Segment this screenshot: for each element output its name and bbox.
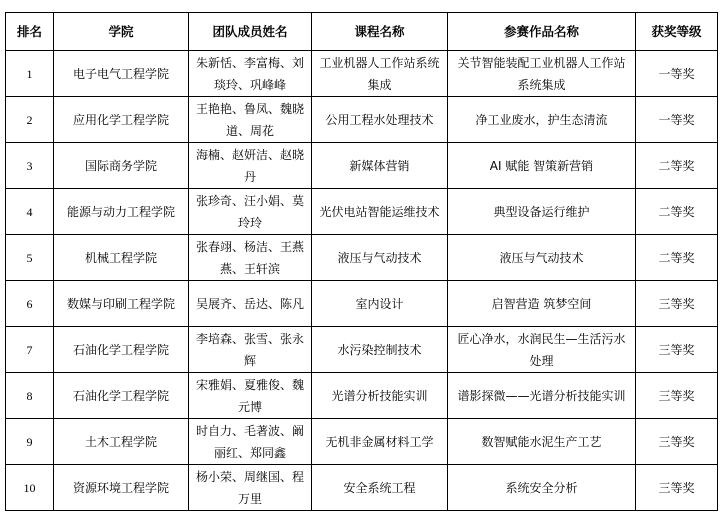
- header-rank: 排名: [6, 13, 54, 51]
- rank-cell: 8: [6, 373, 54, 419]
- header-work: 参赛作品名称: [448, 13, 636, 51]
- header-award: 获奖等级: [636, 13, 718, 51]
- award-cell: 一等奖: [636, 97, 718, 143]
- header-college: 学院: [54, 13, 189, 51]
- members-cell: 张珍奇、汪小娟、莫玲玲: [189, 189, 312, 235]
- table-row: 7 石油化学工程学院 李培森、张雪、张永辉 水污染控制技术 匠心净水，水润民生—…: [6, 327, 718, 373]
- table-row: 1 电子电气工程学院 朱新恬、李富梅、刘琰玲、巩峰峰 工业机器人工作站系统集成 …: [6, 51, 718, 97]
- table-row: 4 能源与动力工程学院 张珍奇、汪小娟、莫玲玲 光伏电站智能运维技术 典型设备运…: [6, 189, 718, 235]
- rank-cell: 3: [6, 143, 54, 189]
- rank-cell: 5: [6, 235, 54, 281]
- college-cell: 资源环境工程学院: [54, 465, 189, 511]
- work-cell: 净工业废水，护生态清流: [448, 97, 636, 143]
- college-cell: 国际商务学院: [54, 143, 189, 189]
- work-cell: AI 赋能 智策新营销: [448, 143, 636, 189]
- rank-cell: 2: [6, 97, 54, 143]
- table-row: 3 国际商务学院 海楠、赵妍洁、赵晓丹 新媒体营销 AI 赋能 智策新营销 二等…: [6, 143, 718, 189]
- award-cell: 二等奖: [636, 143, 718, 189]
- members-cell: 海楠、赵妍洁、赵晓丹: [189, 143, 312, 189]
- award-cell: 三等奖: [636, 327, 718, 373]
- header-members: 团队成员姓名: [189, 13, 312, 51]
- work-cell: 系统安全分析: [448, 465, 636, 511]
- course-cell: 公用工程水处理技术: [312, 97, 448, 143]
- table-row: 10 资源环境工程学院 杨小荣、周继国、程万里 安全系统工程 系统安全分析 三等…: [6, 465, 718, 511]
- college-cell: 土木工程学院: [54, 419, 189, 465]
- course-cell: 无机非金属材料工学: [312, 419, 448, 465]
- course-cell: 液压与气动技术: [312, 235, 448, 281]
- rank-cell: 7: [6, 327, 54, 373]
- table-row: 6 数媒与印刷工程学院 吴展齐、岳达、陈凡 室内设计 启智营造 筑梦空间 三等奖: [6, 281, 718, 327]
- members-cell: 宋雅娟、夏雅俊、魏元博: [189, 373, 312, 419]
- header-course: 课程名称: [312, 13, 448, 51]
- header-row: 排名 学院 团队成员姓名 课程名称 参赛作品名称 获奖等级: [6, 13, 718, 51]
- work-cell: 典型设备运行维护: [448, 189, 636, 235]
- course-cell: 光伏电站智能运维技术: [312, 189, 448, 235]
- course-cell: 水污染控制技术: [312, 327, 448, 373]
- award-cell: 三等奖: [636, 281, 718, 327]
- table-row: 5 机械工程学院 张春翊、杨洁、王燕燕、王轩滨 液压与气动技术 液压与气动技术 …: [6, 235, 718, 281]
- award-cell: 二等奖: [636, 189, 718, 235]
- college-cell: 石油化学工程学院: [54, 373, 189, 419]
- members-cell: 杨小荣、周继国、程万里: [189, 465, 312, 511]
- course-cell: 光谱分析技能实训: [312, 373, 448, 419]
- work-cell: 液压与气动技术: [448, 235, 636, 281]
- awards-table: 排名 学院 团队成员姓名 课程名称 参赛作品名称 获奖等级 1 电子电气工程学院…: [5, 12, 718, 511]
- award-cell: 二等奖: [636, 235, 718, 281]
- work-cell: 数智赋能水泥生产工艺: [448, 419, 636, 465]
- members-cell: 朱新恬、李富梅、刘琰玲、巩峰峰: [189, 51, 312, 97]
- work-cell: 关节智能装配工业机器人工作站系统集成: [448, 51, 636, 97]
- college-cell: 能源与动力工程学院: [54, 189, 189, 235]
- rank-cell: 4: [6, 189, 54, 235]
- course-cell: 工业机器人工作站系统集成: [312, 51, 448, 97]
- college-cell: 应用化学工程学院: [54, 97, 189, 143]
- course-cell: 新媒体营销: [312, 143, 448, 189]
- work-cell: 谱影探微——光谱分析技能实训: [448, 373, 636, 419]
- award-cell: 一等奖: [636, 51, 718, 97]
- table-row: 8 石油化学工程学院 宋雅娟、夏雅俊、魏元博 光谱分析技能实训 谱影探微——光谱…: [6, 373, 718, 419]
- work-cell: 启智营造 筑梦空间: [448, 281, 636, 327]
- course-cell: 室内设计: [312, 281, 448, 327]
- table-row: 9 土木工程学院 时自力、毛著波、阚丽红、郑同鑫 无机非金属材料工学 数智赋能水…: [6, 419, 718, 465]
- table-row: 2 应用化学工程学院 王艳艳、鲁凤、魏晓道、周花 公用工程水处理技术 净工业废水…: [6, 97, 718, 143]
- rank-cell: 9: [6, 419, 54, 465]
- members-cell: 时自力、毛著波、阚丽红、郑同鑫: [189, 419, 312, 465]
- work-cell: 匠心净水，水润民生—生活污水处理: [448, 327, 636, 373]
- college-cell: 机械工程学院: [54, 235, 189, 281]
- rank-cell: 6: [6, 281, 54, 327]
- college-cell: 石油化学工程学院: [54, 327, 189, 373]
- members-cell: 李培森、张雪、张永辉: [189, 327, 312, 373]
- members-cell: 吴展齐、岳达、陈凡: [189, 281, 312, 327]
- award-cell: 三等奖: [636, 465, 718, 511]
- award-cell: 三等奖: [636, 373, 718, 419]
- members-cell: 张春翊、杨洁、王燕燕、王轩滨: [189, 235, 312, 281]
- course-cell: 安全系统工程: [312, 465, 448, 511]
- rank-cell: 10: [6, 465, 54, 511]
- award-cell: 三等奖: [636, 419, 718, 465]
- rank-cell: 1: [6, 51, 54, 97]
- college-cell: 数媒与印刷工程学院: [54, 281, 189, 327]
- members-cell: 王艳艳、鲁凤、魏晓道、周花: [189, 97, 312, 143]
- college-cell: 电子电气工程学院: [54, 51, 189, 97]
